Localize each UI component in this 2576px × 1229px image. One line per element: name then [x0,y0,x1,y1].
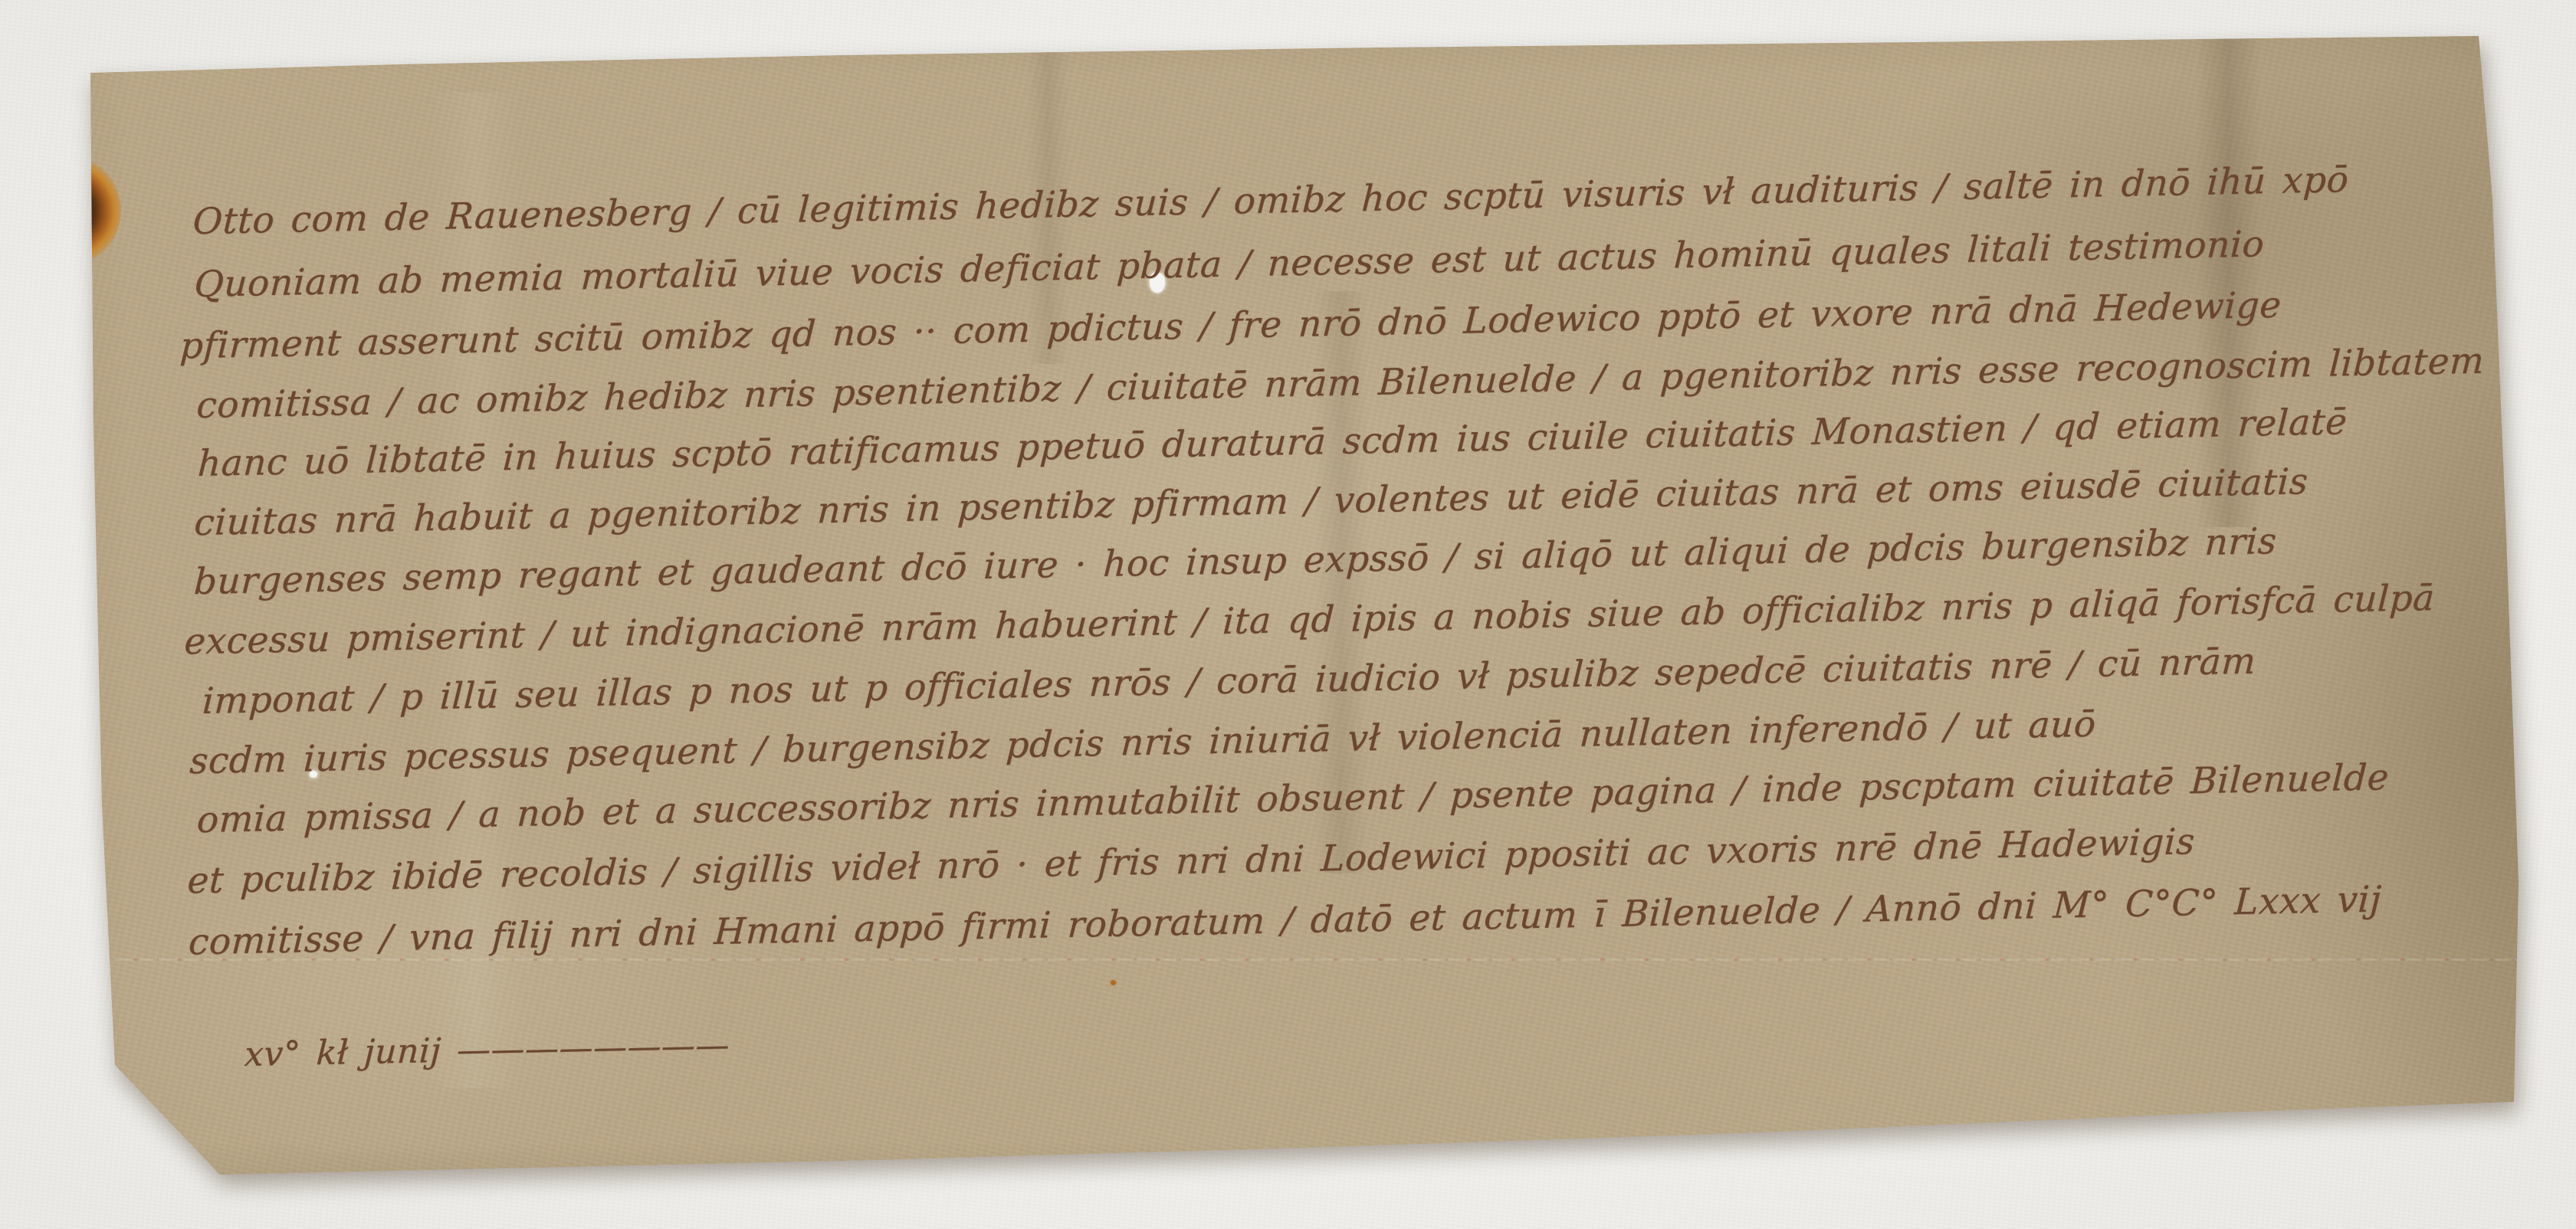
manuscript-line: xv° kł junij ———————— [244,1026,731,1074]
parchment: Otto com de Rauenesberg / cū legitimis h… [0,0,2576,1229]
scan-background: Otto com de Rauenesberg / cū legitimis h… [0,0,2576,1229]
scan-artifact-line [0,959,2576,961]
parchment-surface: Otto com de Rauenesberg / cū legitimis h… [0,0,2576,1229]
manuscript-text: Otto com de Rauenesberg / cū legitimis h… [0,0,2576,1229]
